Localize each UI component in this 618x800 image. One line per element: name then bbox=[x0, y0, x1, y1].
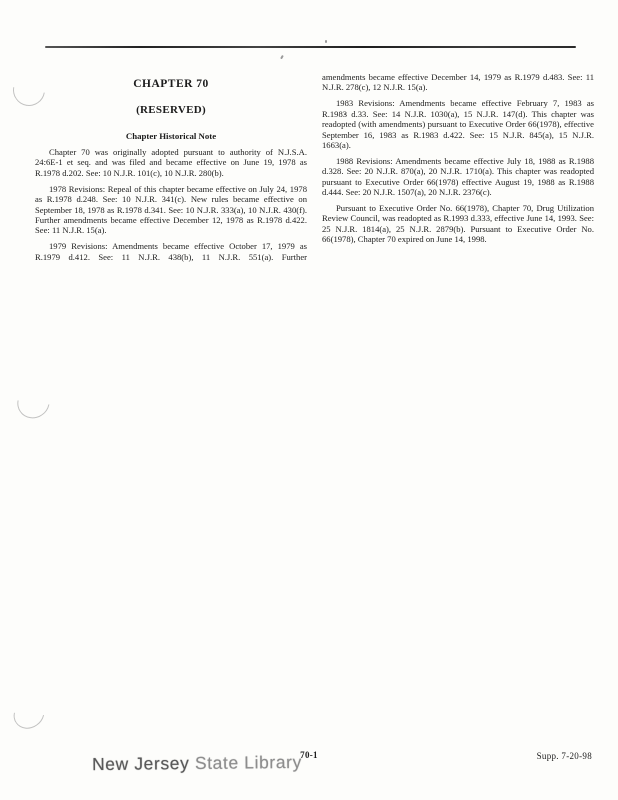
paragraph-1993-readoption: Pursuant to Executive Order No. 66(1978)… bbox=[322, 203, 594, 245]
top-rule-divider bbox=[45, 46, 576, 48]
two-column-text-block: CHAPTER 70 (RESERVED) Chapter Historical… bbox=[35, 72, 595, 268]
library-stamp-text-secondary: State Library bbox=[195, 752, 302, 773]
scan-speck bbox=[280, 55, 283, 59]
left-column: CHAPTER 70 (RESERVED) Chapter Historical… bbox=[35, 72, 307, 268]
binder-hole-mark bbox=[11, 380, 56, 424]
chapter-title: CHAPTER 70 bbox=[35, 78, 307, 90]
scanned-document-page: CHAPTER 70 (RESERVED) Chapter Historical… bbox=[0, 0, 618, 800]
paragraph-1983-revisions: 1983 Revisions: Amendments became effect… bbox=[322, 98, 594, 150]
library-stamp-text-primary: New Jersey bbox=[92, 753, 195, 774]
paragraph-adoption: Chapter 70 was originally adopted pursua… bbox=[35, 147, 307, 178]
paragraph-1978-revisions: 1978 Revisions: Repeal of this chapter b… bbox=[35, 184, 307, 236]
historical-note-heading: Chapter Historical Note bbox=[35, 131, 307, 141]
binder-hole-mark bbox=[8, 693, 50, 734]
paragraph-1979-continued: amendments became effective December 14,… bbox=[322, 72, 594, 93]
paragraph-1988-revisions: 1988 Revisions: Amendments became effect… bbox=[322, 156, 594, 198]
supplement-date: Supp. 7-20-98 bbox=[537, 751, 592, 761]
right-column: amendments became effective December 14,… bbox=[322, 72, 594, 268]
reserved-label: (RESERVED) bbox=[35, 104, 307, 116]
scan-speck bbox=[325, 40, 327, 43]
paragraph-1979-revisions: 1979 Revisions: Amendments became effect… bbox=[35, 241, 307, 262]
library-stamp: New Jersey State Library bbox=[92, 752, 302, 775]
